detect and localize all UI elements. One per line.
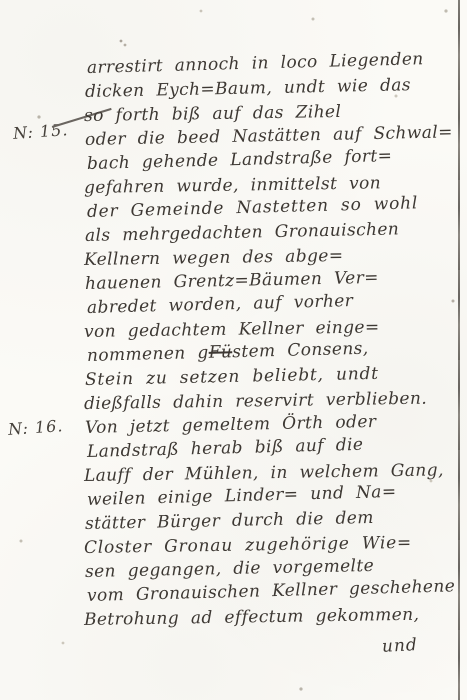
- margin-note-n16: N: 16.: [7, 416, 64, 439]
- struck-out-word-segment: Fü: [208, 342, 232, 363]
- manuscript-line: Betrohung ad effectum gekommen,: [84, 602, 457, 632]
- catchword: und: [382, 635, 419, 657]
- page-edge-line: [458, 0, 460, 700]
- line-segment: nommenen g: [87, 343, 209, 366]
- manuscript-scan-page: N: 15. N: 16. arrestirt annoch in loco L…: [0, 0, 467, 700]
- scan-speckles: [0, 0, 2, 2]
- line-segment: stem Consens,: [232, 339, 369, 363]
- manuscript-text-block: arrestirt annoch in loco Liegenden dicke…: [85, 56, 457, 632]
